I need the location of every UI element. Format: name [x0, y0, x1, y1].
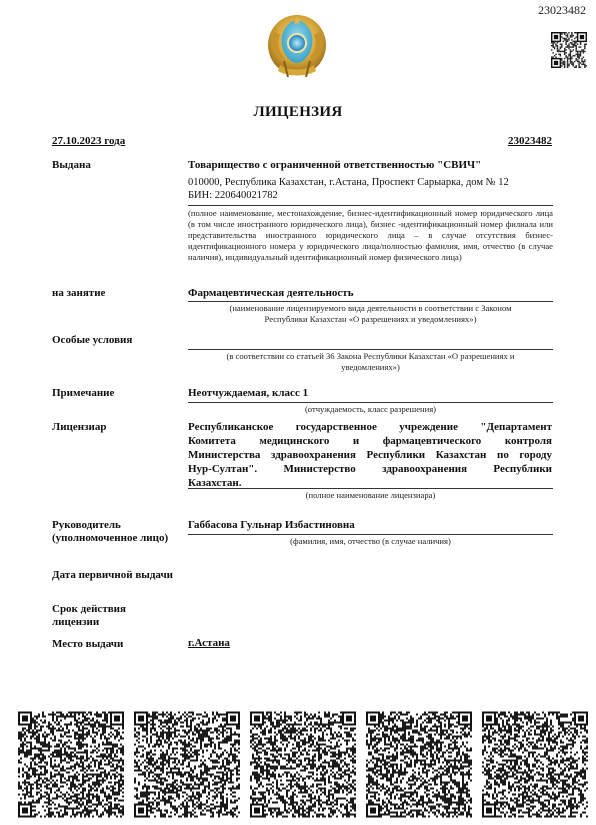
license-number: 23023482 — [508, 135, 552, 147]
head-divider — [188, 534, 553, 535]
issued-to-bin: БИН: 220640021782 — [188, 189, 552, 202]
place-of-issue-value: г.Астана — [188, 637, 230, 649]
activity-label: на занятие — [52, 286, 105, 301]
special-conditions-note-line2: уведомлениях») — [188, 362, 553, 373]
qr-code-icon — [134, 711, 240, 818]
licensor-line-3: Министерства здравоохранения Республики … — [188, 448, 552, 462]
licensor-line-4: Нур-Султан". Министерство здравоохранени… — [188, 462, 552, 476]
activity-divider — [188, 301, 553, 302]
remark-note: (отчуждаемость, класс разрешения) — [188, 404, 553, 415]
first-issue-date-label: Дата первичной выдачи — [52, 568, 173, 583]
issued-to-address: 010000, Республика Казахстан, г.Астана, … — [188, 176, 552, 189]
qr-code-icon — [366, 711, 472, 818]
special-conditions-label: Особые условия — [52, 333, 132, 348]
licensor-divider — [188, 488, 553, 489]
licensor-line-1: Республиканское государственное учрежден… — [188, 420, 552, 434]
document-number-top: 23023482 — [538, 3, 586, 18]
head-name: Габбасова Гульнар Избастиновна — [188, 518, 552, 532]
activity-note-line2: Республики Казахстан «О разрешениях и ув… — [188, 314, 553, 325]
state-emblem-icon — [266, 13, 328, 79]
issued-to-name: Товарищество с ограниченной ответственно… — [188, 158, 552, 172]
footer-qr-codes — [18, 711, 590, 819]
head-note: (фамилия, имя, отчество (в случае наличи… — [188, 536, 553, 547]
issued-to-note: (полное наименование, местонахождение, б… — [188, 208, 553, 263]
document-title: ЛИЦЕНЗИЯ — [0, 104, 596, 121]
special-conditions-note-line1: (в соответствии со статьей 36 Закона Рес… — [188, 351, 553, 362]
qr-code-icon — [18, 711, 124, 818]
place-of-issue-label: Место выдачи — [52, 637, 123, 652]
remark-label: Примечание — [52, 386, 114, 401]
activity-note-line1: (наименование лицензируемого вида деятел… — [188, 303, 553, 314]
licensor-label: Лицензиар — [52, 420, 106, 435]
qr-code-icon — [551, 28, 587, 72]
issued-to-divider — [188, 205, 553, 206]
head-label-line2: (уполномоченное лицо) — [52, 531, 168, 546]
activity-value: Фармацевтическая деятельность — [188, 286, 552, 300]
qr-code-icon — [482, 711, 588, 818]
issue-date: 27.10.2023 года — [52, 135, 125, 147]
remark-value: Неотчуждаемая, класс 1 — [188, 386, 552, 400]
validity-label-line2: лицензии — [52, 615, 99, 630]
licensor-note: (полное наименование лицензиара) — [188, 490, 553, 501]
special-conditions-divider — [188, 349, 553, 350]
qr-code-icon — [250, 711, 356, 818]
issued-to-label: Выдана — [52, 158, 91, 173]
licensor-line-2: Комитета медицинского и фармацевтическог… — [188, 434, 552, 448]
remark-divider — [188, 402, 553, 403]
